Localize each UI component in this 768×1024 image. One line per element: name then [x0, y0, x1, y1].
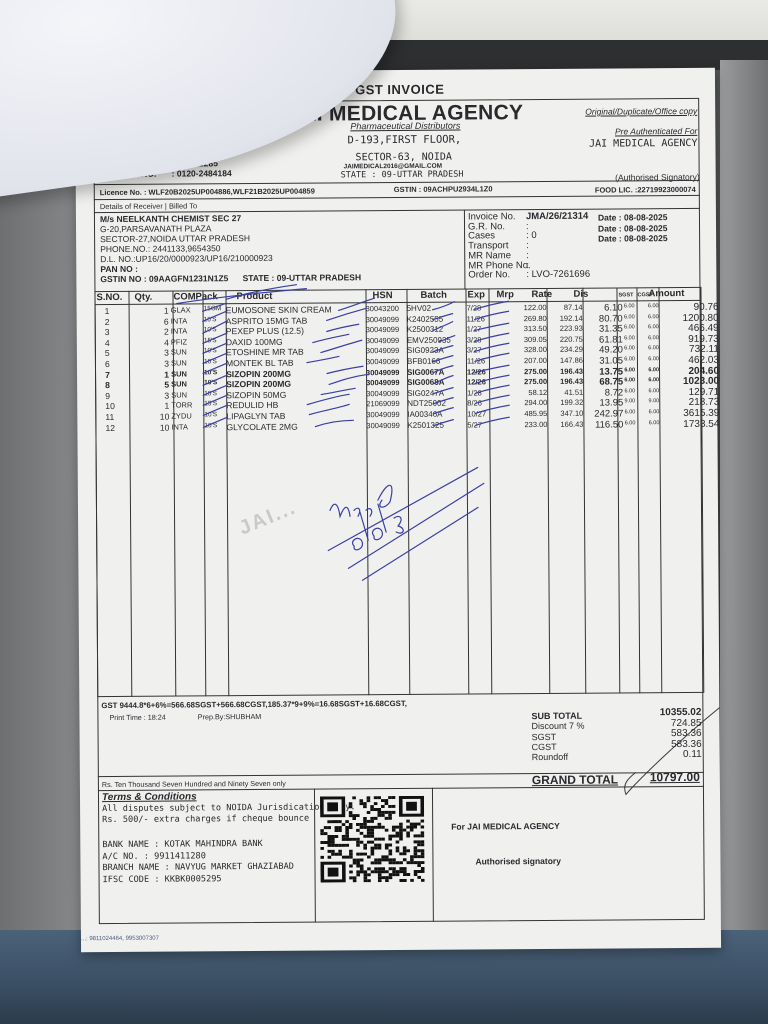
cell-pack: 15'S [204, 401, 217, 408]
bank-details: BANK NAME : KOTAK MAHINDRA BANK A/C NO. … [102, 839, 294, 886]
cell-batch: K2500312 [407, 325, 444, 334]
cell-product: LIPAGLYN TAB [226, 411, 285, 421]
cell-batch: K2501325 [407, 420, 444, 429]
cell-rate: 234.29 [535, 345, 583, 354]
cell-exp: 1/27 [467, 325, 482, 334]
cell-qty: 6 [139, 316, 169, 326]
pre-authenticated-company: JAI MEDICAL AGENCY [589, 138, 697, 150]
column-header-pack: Pack [195, 291, 217, 302]
seller-address-line1: D-193,FIRST FLOOR, [347, 134, 461, 147]
cell-rate: 196.43 [535, 377, 583, 386]
cell-product: PEXEP PLUS (12.5) [226, 326, 304, 337]
roundoff-label: Roundoff [532, 752, 585, 763]
cell-exp: 3/28 [467, 335, 482, 344]
cell-sno: 2 [105, 317, 110, 327]
terms-title: Terms & Conditions [102, 791, 197, 803]
authorised-signatory-label: Authorised signatory [475, 856, 561, 867]
invoice-field-label: Order No. [468, 270, 526, 280]
cell-batch: SIG0923A [407, 346, 444, 355]
cell-sno: 5 [105, 348, 110, 358]
food-licence: FOOD LIC. :22719923000074 [595, 185, 696, 195]
cell-batch: NDT25002 [407, 399, 446, 408]
cell-sno: 3 [105, 327, 110, 337]
cell-qty: 2 [139, 327, 169, 337]
invoice-dates: Date : 08-08-2025 Date : 08-08-2025 Date… [598, 212, 668, 244]
cell-qty: 3 [139, 348, 169, 358]
receiver-gstin: GSTIN NO : 09AAGFN1231N1Z5 [100, 273, 228, 284]
cell-pack: 10'S [204, 316, 217, 323]
cell-sno: 1 [105, 306, 110, 316]
cell-batch: EMV250935 [407, 335, 451, 344]
cell-pack: 10'S [204, 422, 217, 429]
cell-com: SUN [171, 369, 187, 378]
cell-exp: 8/26 [467, 399, 482, 408]
column-header-product: Product [236, 291, 272, 302]
invoice-field-value: : 0 [526, 231, 591, 241]
cell-com: PFIZ [171, 337, 187, 346]
cell-exp: 7/28 [467, 303, 482, 312]
cell-rate: 41.51 [535, 387, 583, 396]
cell-qty: 10 [139, 412, 169, 422]
terms-line-2: Rs. 500/- extra charges if cheque bounce [102, 813, 356, 826]
cell-rate: 347.10 [535, 409, 583, 418]
cell-product: MONTEK BL TAB [226, 358, 294, 368]
column-header-mrp: Mrp [496, 289, 513, 300]
invoice-field: Order No.: LVO-7261696 [468, 270, 591, 281]
invoice-paper: GST INVOICE JAI MEDICAL AGENCY Pharmaceu… [75, 68, 721, 952]
cell-rate: 166.43 [535, 419, 583, 428]
cell-product: DAXID 100MG [226, 337, 283, 347]
cell-qty: 3 [139, 359, 169, 369]
column-header-sno: S.NO. [96, 292, 122, 303]
column-header-qty: Qty. [134, 292, 152, 303]
cell-exp: 11/26 [467, 356, 485, 365]
desk-right [720, 60, 768, 960]
seller-gstin: GSTIN : 09ACHPU2934L1Z0 [394, 184, 493, 194]
cell-product: EUMOSONE SKIN CREAM [226, 304, 332, 315]
cell-exp: 11/26 [467, 314, 485, 323]
invoice-field-value: : LVO-7261696 [526, 270, 591, 280]
cell-batch: SIG0068A [407, 378, 444, 387]
cases-date: Date : 08-08-2025 [598, 233, 668, 244]
gr-date: Date : 08-08-2025 [598, 223, 668, 234]
cell-batch: BFB0166 [407, 357, 440, 366]
invoice-info: Invoice No.JMA/26/21314G.R. No.:Cases: 0… [468, 212, 591, 281]
cell-exp: 1/28 [467, 388, 482, 397]
cell-qty: 10 [139, 422, 169, 432]
cell-sno: 6 [105, 359, 110, 369]
print-time: Print Time : 18:24 [109, 713, 165, 722]
column-header-amount: Amount [648, 288, 684, 299]
totals-labels: SUB TOTAL Discount 7 % SGST CGST Roundof… [531, 711, 584, 763]
seller-tagline: Pharmaceutical Distributors [350, 121, 460, 132]
cell-com: ZYDU [171, 411, 191, 420]
grand-total-label: GRAND TOTAL [532, 772, 618, 787]
cell-batch: SIG0247A [407, 388, 444, 397]
seller-state: STATE : 09-UTTAR PRADESH [341, 170, 464, 181]
column-header-batch: Batch [420, 290, 446, 301]
cell-sno: 7 [105, 370, 110, 380]
pre-authenticated-label: Pre Authenticated For [615, 126, 697, 137]
billed-to-block: M/s NEELKANTH CHEMIST SEC 27 G-20,PARSAV… [100, 212, 361, 284]
cell-rate: 223.93 [535, 324, 583, 333]
cell-sno: 9 [105, 391, 110, 401]
column-header-exp: Exp [467, 289, 485, 300]
cell-product: ETOSHINE MR TAB [226, 347, 304, 358]
cell-rate: 220.75 [535, 334, 583, 343]
cell-exp: 5/27 [467, 420, 482, 429]
cell-com: INTA [171, 422, 188, 431]
cell-qty: 1 [139, 306, 169, 316]
cell-sno: 10 [105, 401, 115, 411]
cell-batch: IA00346A [407, 410, 442, 419]
amount-in-words: Rs. Ten Thousand Seven Hundred and Ninet… [102, 779, 286, 789]
cell-hsn: 30049099 [366, 389, 399, 398]
cell-product: ASPRITO 15MG TAB [226, 315, 308, 326]
sgst-label: SGST [532, 731, 585, 742]
cell-hsn: 21069099 [366, 399, 399, 408]
print-info: Print Time : 18:24 Prep.By:SHUBHAM [109, 712, 291, 722]
column-header-com: COM [173, 291, 195, 302]
cell-hsn: 30049099 [366, 346, 399, 355]
cell-pack: 10'S [204, 411, 217, 418]
totals-values: 10355.02 724.85 583.36 583.36 0.11 [660, 708, 702, 761]
cell-hsn: 30049099 [366, 421, 399, 430]
roundoff-value: 0.11 [660, 750, 702, 761]
cell-com: SUN [171, 358, 187, 367]
cell-amount: 1733.54 [643, 418, 719, 430]
bank-branch: BRANCH NAME : NAVYUG MARKET GHAZIABAD [102, 862, 294, 875]
invoice-date: Date : 08-08-2025 [598, 212, 668, 223]
cell-product: GLYCOLATE 2MG [226, 421, 297, 431]
column-header-rate: Rate [531, 289, 552, 300]
cell-hsn: 30049099 [366, 325, 399, 334]
cell-com: SUN [171, 348, 187, 357]
receiver-state: STATE : 09-UTTAR PRADESH [243, 272, 362, 283]
cell-com: GLAX [171, 305, 191, 314]
cell-hsn: 30043200 [366, 304, 399, 313]
cell-pack: 10'S [204, 326, 217, 333]
cell-product: SIZOPIN 50MG [226, 390, 286, 400]
cell-com: INTA [171, 327, 188, 336]
receiver-header: Details of Receiver | Billed To [100, 201, 197, 211]
column-header-sgst: SGST [618, 292, 633, 298]
cell-com: SUN [171, 380, 187, 389]
cell-exp: 10/27 [467, 409, 486, 418]
subtotal-label: SUB TOTAL [531, 711, 584, 722]
cell-product: SIZOPIN 200MG [226, 379, 291, 389]
cell-rate: 87.14 [535, 303, 583, 312]
cell-hsn: 30049099 [366, 410, 399, 419]
column-header-dis: Dis [573, 289, 588, 300]
invoice-field-value: JMA/26/21314 [526, 212, 591, 222]
discount-label: Discount 7 % [531, 721, 584, 732]
terms-text: All disputes subject to NOIDA Jurisdicat… [102, 802, 356, 826]
cell-rate: 199.32 [535, 398, 583, 407]
document-title: GST INVOICE [355, 82, 444, 98]
invoice-field-value: : [526, 241, 591, 251]
cell-qty: 4 [139, 337, 169, 347]
cell-sno: 4 [105, 338, 110, 348]
cell-product: SIZOPIN 200MG [226, 368, 291, 378]
cell-sno: 11 [105, 412, 114, 422]
cell-exp: 12/26 [467, 367, 486, 376]
invoice-field-value: : [526, 250, 591, 260]
qr-code [320, 796, 425, 883]
cell-com: SUN [171, 390, 187, 399]
cell-rate: 147.86 [535, 356, 583, 365]
cell-pack: 10'S [204, 348, 217, 355]
copy-type-label: Original/Duplicate/Office copy [585, 106, 697, 117]
line-items: 11GLAX15GMEUMOSONE SKIN CREAM300432005HV… [95, 302, 702, 433]
cell-sno: 8 [105, 380, 110, 390]
seller-address-line2: SECTOR-63, NOIDA [356, 152, 452, 164]
cell-hsn: 30049099 [366, 378, 399, 387]
cell-qty: 3 [139, 390, 169, 400]
cell-batch: 5HV02 [407, 304, 432, 313]
cell-pack: 10'S [204, 369, 217, 376]
cell-hsn: 30049099 [366, 336, 399, 345]
cell-pack: 10'S [204, 379, 217, 386]
cell-rate: 192.14 [535, 313, 583, 322]
cell-exp: 3/27 [467, 346, 482, 355]
cell-hsn: 30049099 [366, 315, 399, 324]
cell-com: INTA [171, 316, 188, 325]
cell-com: TORR [171, 401, 192, 410]
column-header-hsn: HSN [372, 290, 392, 301]
cell-rate: 196.43 [535, 366, 583, 375]
cell-hsn: 30049099 [366, 357, 399, 366]
cell-qty: 1 [139, 369, 169, 379]
cell-exp: 12/26 [467, 378, 486, 387]
terms-line-1: All disputes subject to NOIDA Jurisdicat… [102, 802, 356, 815]
bottom-phone-note: ...: 9811024464, 9953007307 [81, 936, 159, 943]
cell-hsn: 30049099 [366, 368, 399, 377]
grand-total-value: 10797.00 [650, 770, 700, 784]
cell-qty: 1 [139, 401, 169, 411]
bank-ifsc: IFSC CODE : KKBK0005295 [103, 873, 295, 886]
cgst-label: CGST [532, 742, 585, 753]
for-company-label: For JAI MEDICAL AGENCY [451, 821, 560, 832]
prepared-by: Prep.By:SHUBHAM [198, 712, 262, 721]
cell-pack: 15'S [204, 337, 217, 344]
cell-pack: 10'S [204, 358, 217, 365]
cell-pack: 10'S [204, 390, 217, 397]
cell-batch: SIG0067A [407, 367, 444, 376]
cell-sno: 12 [105, 423, 115, 433]
cell-pack: 15GM [204, 305, 222, 312]
cell-batch: K2402555 [407, 314, 444, 323]
cell-product: REDULID HB [226, 400, 278, 410]
cell-qty: 5 [139, 380, 169, 390]
licence-numbers: Licence No. : WLF20B2025UP004886,WLF21B2… [100, 187, 315, 198]
